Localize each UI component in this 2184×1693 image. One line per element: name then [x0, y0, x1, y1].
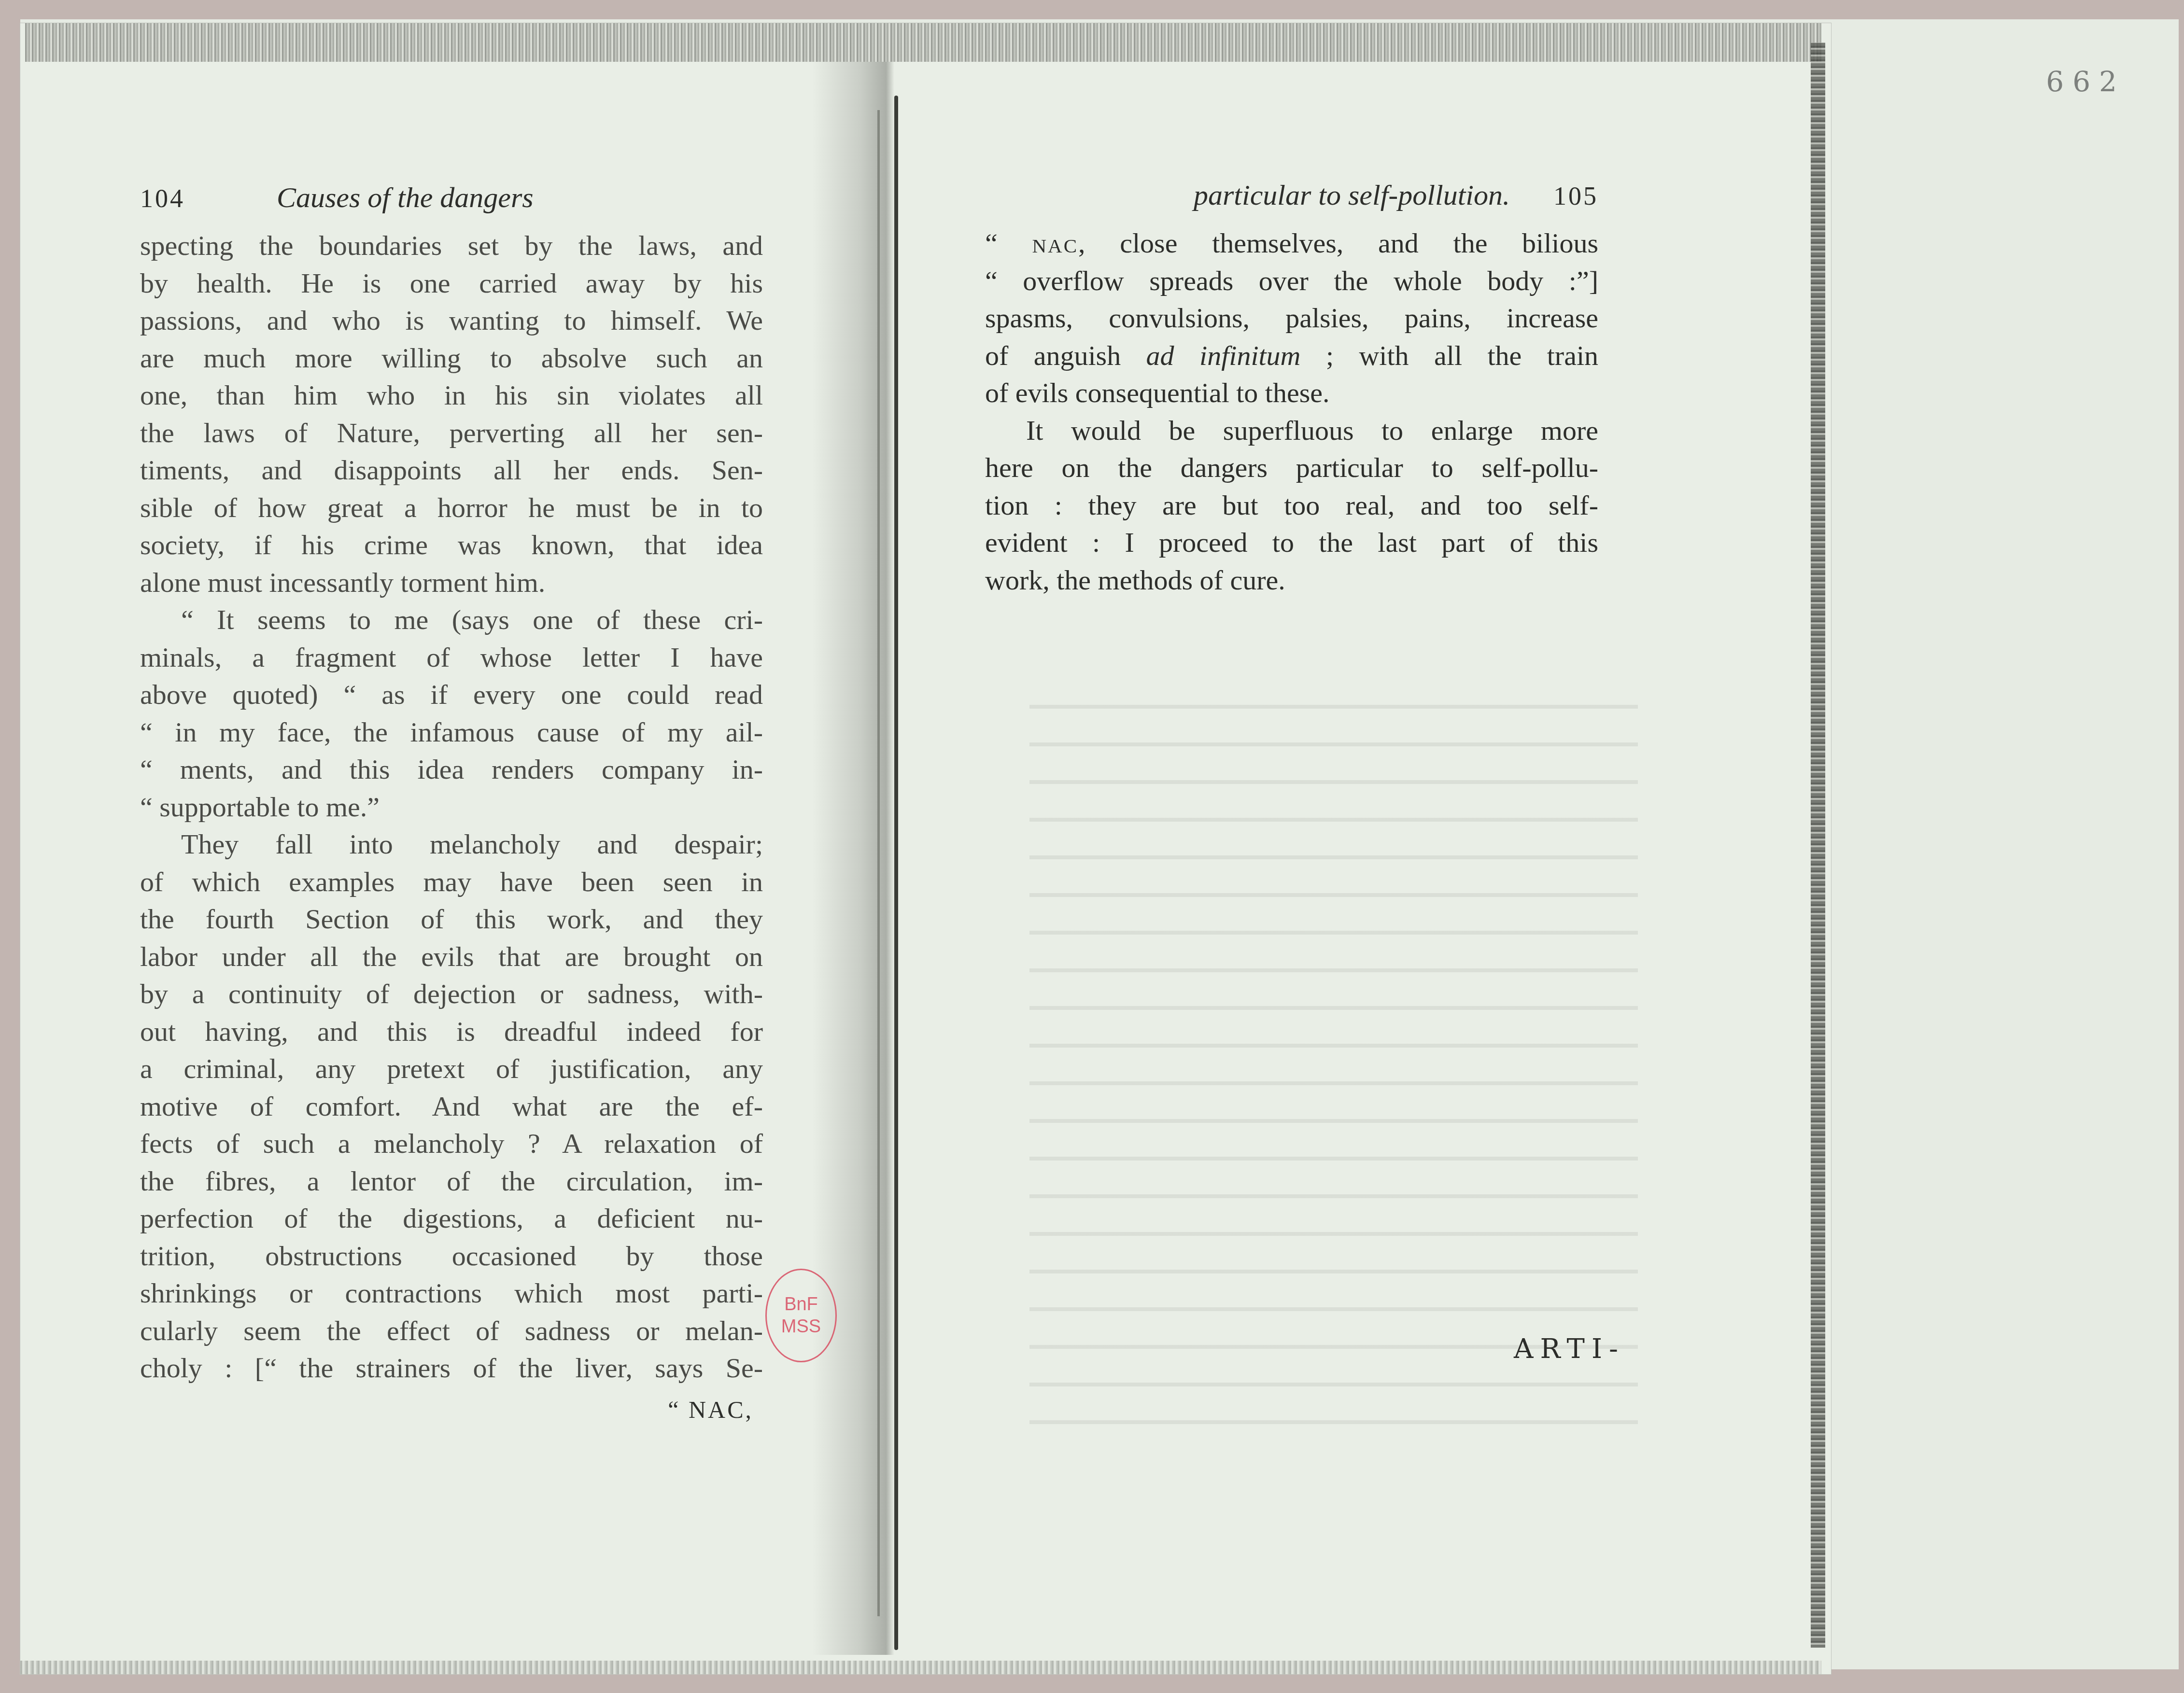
text-line: It would be superfluous to enlarge more	[985, 412, 1598, 449]
text-line: spasms, convulsions, palsies, pains, inc…	[985, 299, 1598, 337]
text-line: a criminal, any pretext of justification…	[140, 1050, 763, 1088]
text-line: society, if his crime was known, that id…	[140, 526, 763, 564]
running-head-title-left: Causes of the dangers	[277, 181, 534, 214]
text-line: cularly seem the effect of sadness or me…	[140, 1312, 763, 1350]
page-number-right: 105	[1553, 181, 1598, 211]
text-line: alone must incessantly torment him.	[140, 564, 763, 602]
catchword-right: ARTI-	[1514, 1333, 1625, 1365]
text-run: , close themselves, and the bilious	[1078, 227, 1598, 259]
text-line: passions, and who is wanting to himself.…	[140, 302, 763, 339]
text-line: the laws of Nature, perverting all her s…	[140, 414, 763, 452]
scan-right-edge	[1811, 42, 1825, 1648]
text-line: shrinkings or contractions which most pa…	[140, 1274, 763, 1312]
text-line: specting the boundaries set by the laws,…	[140, 227, 763, 265]
text-line: above quoted) “ as if every one could re…	[140, 676, 763, 714]
page-number-left: 104	[140, 183, 185, 213]
text-line: work, the methods of cure.	[985, 561, 1598, 599]
text-line: “ in my face, the infamous cause of my a…	[140, 714, 763, 751]
text-line: of which examples may have been seen in	[140, 863, 763, 901]
left-page-text: specting the boundaries set by the laws,…	[140, 227, 763, 1387]
text-line: tion : they are but too real, and too se…	[985, 487, 1598, 524]
text-run: “	[985, 227, 1032, 259]
text-line: motive of comfort. And what are the ef-	[140, 1088, 763, 1125]
text-line: “ overflow spreads over the whole body :…	[985, 262, 1598, 300]
gutter-fold-line-inner	[877, 110, 880, 1616]
folio-number: 662	[2046, 65, 2126, 98]
text-line: one, than him who in his sin violates al…	[140, 377, 763, 414]
running-head-title-right: particular to self-pollution.	[1194, 179, 1510, 212]
text-line: by health. He is one carried away by his	[140, 265, 763, 302]
gutter-fold-line	[894, 96, 898, 1650]
small-caps-run: nac	[1032, 227, 1078, 259]
text-line: here on the dangers particular to self-p…	[985, 449, 1598, 487]
text-line: “ ments, and this idea renders company i…	[140, 751, 763, 788]
scan-bottom-edge	[20, 1661, 1821, 1674]
text-line: timents, and disappoints all her ends. S…	[140, 451, 763, 489]
stamp-line-1: BnF	[767, 1293, 835, 1315]
stamp-line-2: MSS	[767, 1315, 835, 1338]
right-running-head: particular to self-pollution. 105	[985, 179, 1598, 224]
left-running-head: 104 Causes of the dangers	[140, 181, 763, 227]
gutter-shadow	[812, 62, 894, 1655]
catchword-left: “ NAC,	[140, 1396, 763, 1424]
text-line: fects of such a melancholy ? A relaxatio…	[140, 1125, 763, 1162]
bnf-mss-stamp: BnF MSS	[765, 1269, 837, 1362]
text-line: “ It seems to me (says one of these cri-	[140, 601, 763, 639]
italic-run: ad infinitum	[1146, 340, 1301, 371]
left-page: 104 Causes of the dangers specting the b…	[140, 181, 763, 1424]
text-line: of anguish ad infinitum ; with all the t…	[985, 337, 1598, 375]
text-line: perfection of the digestions, a deficien…	[140, 1200, 763, 1237]
text-run: of anguish	[985, 340, 1146, 371]
text-line: of evils consequential to these.	[985, 374, 1598, 412]
text-line: sible of how great a horror he must be i…	[140, 489, 763, 527]
text-line: evident : I proceed to the last part of …	[985, 524, 1598, 561]
text-line: “ supportable to me.”	[140, 788, 763, 826]
show-through-text	[1029, 675, 1638, 1447]
text-line: trition, obstructions occasioned by thos…	[140, 1237, 763, 1275]
text-line: They fall into melancholy and despair;	[140, 826, 763, 863]
text-line: minals, a fragment of whose letter I hav…	[140, 639, 763, 676]
right-page-text: “ nac, close themselves, and the bilious…	[985, 224, 1598, 599]
right-page: particular to self-pollution. 105 “ nac,…	[985, 179, 1598, 599]
text-line: are much more willing to absolve such an	[140, 339, 763, 377]
text-line: the fourth Section of this work, and the…	[140, 900, 763, 938]
text-line: choly : [“ the strainers of the liver, s…	[140, 1349, 763, 1387]
text-run: ; with all the train	[1301, 340, 1599, 371]
text-line: out having, and this is dreadful indeed …	[140, 1013, 763, 1050]
text-line: labor under all the evils that are broug…	[140, 938, 763, 976]
scan-top-edge	[25, 23, 1821, 62]
text-line: by a continuity of dejection or sadness,…	[140, 975, 763, 1013]
text-line: the fibres, a lentor of the circulation,…	[140, 1162, 763, 1200]
text-line: “ nac, close themselves, and the bilious	[985, 224, 1598, 262]
